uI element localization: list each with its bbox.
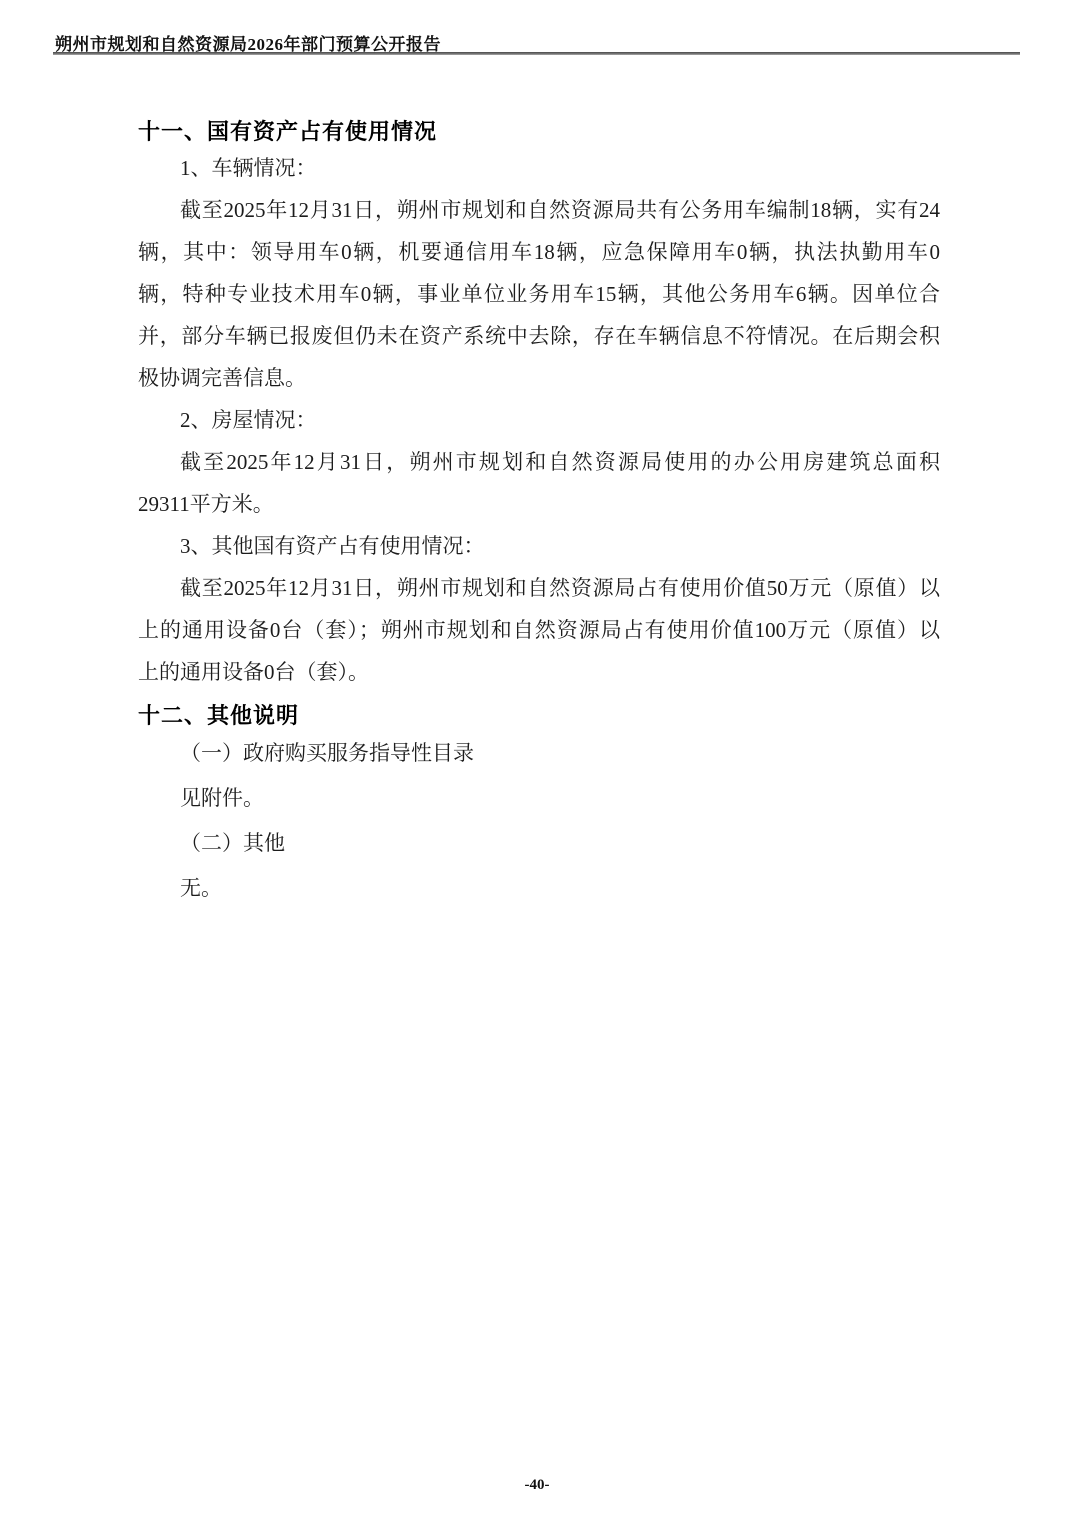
subsection-title-vehicles: 1、车辆情况：: [138, 147, 940, 189]
paragraph-line: 截至2025年12月31日，朔州市规划和自然资源局共有公务用车编制18辆，实有2…: [138, 189, 940, 231]
list-item-content: 无。: [138, 866, 940, 911]
paragraph-line: 上的通用设备0台（套）。: [138, 651, 940, 693]
subsection-title-other-assets: 3、其他国有资产占有使用情况：: [138, 525, 940, 567]
list-item-content: 见附件。: [138, 776, 940, 821]
document-page: 朔州市规划和自然资源局2026年部门预算公开报告 十一、国有资产占有使用情况 1…: [0, 0, 1074, 1520]
list-item-title: （二）其他: [138, 821, 940, 866]
footer-page-number: -40-: [0, 1477, 1074, 1494]
subsection-title-housing: 2、房屋情况：: [138, 399, 940, 441]
paragraph-line: 辆，特种专业技术用车0辆，事业单位业务用车15辆，其他公务用车6辆。因单位合: [138, 273, 940, 315]
document-body: 十一、国有资产占有使用情况 1、车辆情况： 截至2025年12月31日，朔州市规…: [138, 117, 940, 911]
paragraph-line: 并，部分车辆已报废但仍未在资产系统中去除，存在车辆信息不符情况。在后期会积: [138, 315, 940, 357]
paragraph-line: 极协调完善信息。: [138, 357, 940, 399]
section-heading-12: 十二、其他说明: [138, 701, 940, 731]
paragraph-line: 截至2025年12月31日，朔州市规划和自然资源局占有使用价值50万元（原值）以: [138, 567, 940, 609]
paragraph-line: 上的通用设备0台（套）；朔州市规划和自然资源局占有使用价值100万元（原值）以: [138, 609, 940, 651]
paragraph-line: 辆，其中：领导用车0辆，机要通信用车18辆，应急保障用车0辆，执法执勤用车0: [138, 231, 940, 273]
paragraph-line: 29311平方米。: [138, 483, 940, 525]
header-divider-line: [53, 52, 1020, 55]
paragraph-line: 截至2025年12月31日，朔州市规划和自然资源局使用的办公用房建筑总面积: [138, 441, 940, 483]
list-item-title: （一）政府购买服务指导性目录: [138, 731, 940, 776]
section-heading-11: 十一、国有资产占有使用情况: [138, 117, 940, 147]
